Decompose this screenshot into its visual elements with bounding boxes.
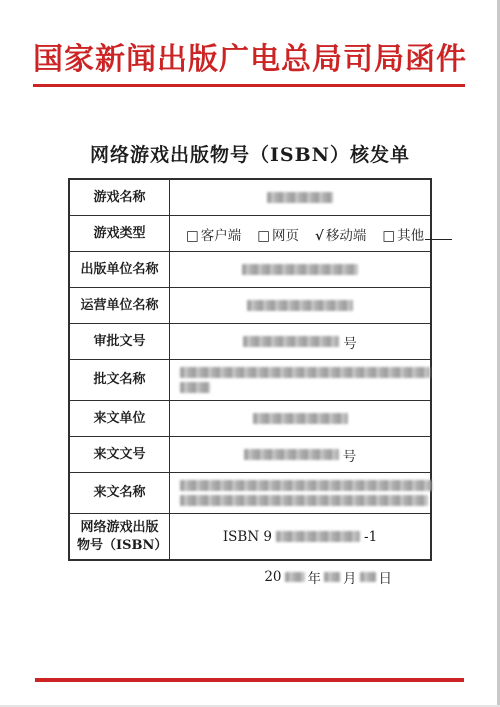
row-value-approval-title (170, 360, 440, 400)
value-text: 日 (379, 567, 393, 587)
form-row-source-title: 来文名称 (70, 472, 430, 513)
row-value-source-title (170, 473, 442, 513)
row-label-approval-number: 审批文号 (70, 324, 170, 359)
form-row-source-number: 来文文号号 (70, 436, 430, 472)
row-label-source-unit: 来文单位 (70, 401, 170, 436)
game-type-option-client: □客户端 (186, 224, 241, 244)
redacted-text (285, 572, 305, 582)
redacted-text (180, 367, 430, 378)
row-label-isbn: 网络游戏出版物号（ISBN） (70, 514, 170, 559)
isbn-form-table: 游戏名称游戏类型□客户端□网页√移动端□其他出版单位名称运营单位名称审批文号号批… (68, 178, 432, 561)
row-value-operator-name (170, 288, 430, 323)
redacted-text (180, 382, 210, 393)
row-label-operator-name: 运营单位名称 (70, 288, 170, 323)
value-text: 号 (343, 332, 357, 352)
checkbox-icon: □ (257, 228, 270, 244)
blank-underline (425, 227, 452, 240)
value-text: -1 (364, 529, 377, 545)
value-line (180, 365, 430, 380)
value-text: 号 (343, 445, 357, 465)
row-label-game-name: 游戏名称 (70, 180, 170, 215)
redacted-text (253, 413, 348, 424)
value-line (180, 478, 432, 493)
value-line (180, 493, 432, 508)
row-value-source-number: 号 (170, 437, 430, 472)
row-value-approval-number: 号 (170, 324, 430, 359)
form-row-game-type: 游戏类型□客户端□网页√移动端□其他 (70, 215, 430, 251)
redacted-text (324, 572, 340, 582)
form-row-isbn: 网络游戏出版物号（ISBN）ISBN 9-1 (70, 513, 430, 559)
value-line (180, 190, 420, 205)
option-label: 客户端 (201, 224, 242, 244)
form-row-approval-number: 审批文号号 (70, 323, 430, 359)
game-type-option-webpage: □网页 (257, 224, 299, 244)
value-line (180, 298, 420, 313)
row-value-game-name (170, 180, 430, 215)
redacted-text (243, 336, 339, 347)
checkbox-icon: □ (186, 228, 199, 244)
value-line (180, 380, 430, 395)
form-row-publisher-name: 出版单位名称 (70, 251, 430, 287)
option-label: 其他 (397, 224, 424, 244)
value-line (180, 262, 420, 277)
redacted-text (242, 264, 358, 275)
row-value-isbn: ISBN 9-1 (170, 514, 430, 559)
option-label: 移动端 (326, 224, 367, 244)
value-text: 年 (308, 567, 322, 587)
redacted-text (180, 480, 432, 491)
form-row-source-unit: 来文单位 (70, 400, 430, 436)
value-line: □客户端□网页√移动端□其他 (180, 224, 458, 244)
check-icon: √ (315, 228, 324, 244)
redacted-text (360, 572, 376, 582)
header-red-rule (33, 84, 465, 87)
issue-date: 20年月日 (0, 567, 500, 587)
form-row-game-name: 游戏名称 (70, 180, 430, 215)
redacted-text (244, 449, 339, 460)
value-text: ISBN 9 (223, 529, 272, 545)
row-label-source-title: 来文名称 (70, 473, 170, 513)
value-text: 20 (264, 569, 281, 585)
row-label-source-number: 来文文号 (70, 437, 170, 472)
value-text: 月 (343, 567, 357, 587)
form-row-operator-name: 运营单位名称 (70, 287, 430, 323)
game-type-option-mobile: √移动端 (315, 224, 366, 244)
form-title: 网络游戏出版物号（ISBN）核发单 (0, 140, 500, 167)
value-line (180, 411, 420, 426)
value-line: 号 (180, 445, 420, 465)
option-label: 网页 (272, 224, 299, 244)
value-line: 号 (180, 332, 420, 352)
form-row-approval-title: 批文名称 (70, 359, 430, 400)
document-page: 国家新闻出版广电总局司局函件 网络游戏出版物号（ISBN）核发单 游戏名称游戏类… (0, 0, 500, 707)
row-value-publisher-name (170, 252, 430, 287)
letterhead-title: 国家新闻出版广电总局司局函件 (0, 42, 500, 78)
row-label-approval-title: 批文名称 (70, 360, 170, 400)
checkbox-icon: □ (382, 228, 395, 244)
row-value-source-unit (170, 401, 430, 436)
footer-red-rule (35, 678, 464, 682)
game-type-option-other: □其他 (382, 224, 452, 244)
redacted-text (247, 300, 353, 311)
redacted-text (276, 531, 360, 542)
redacted-text (267, 192, 333, 203)
value-line: ISBN 9-1 (180, 529, 420, 545)
row-label-game-type: 游戏类型 (70, 216, 170, 251)
row-label-publisher-name: 出版单位名称 (70, 252, 170, 287)
redacted-text (180, 495, 428, 506)
row-value-game-type: □客户端□网页√移动端□其他 (170, 216, 468, 251)
